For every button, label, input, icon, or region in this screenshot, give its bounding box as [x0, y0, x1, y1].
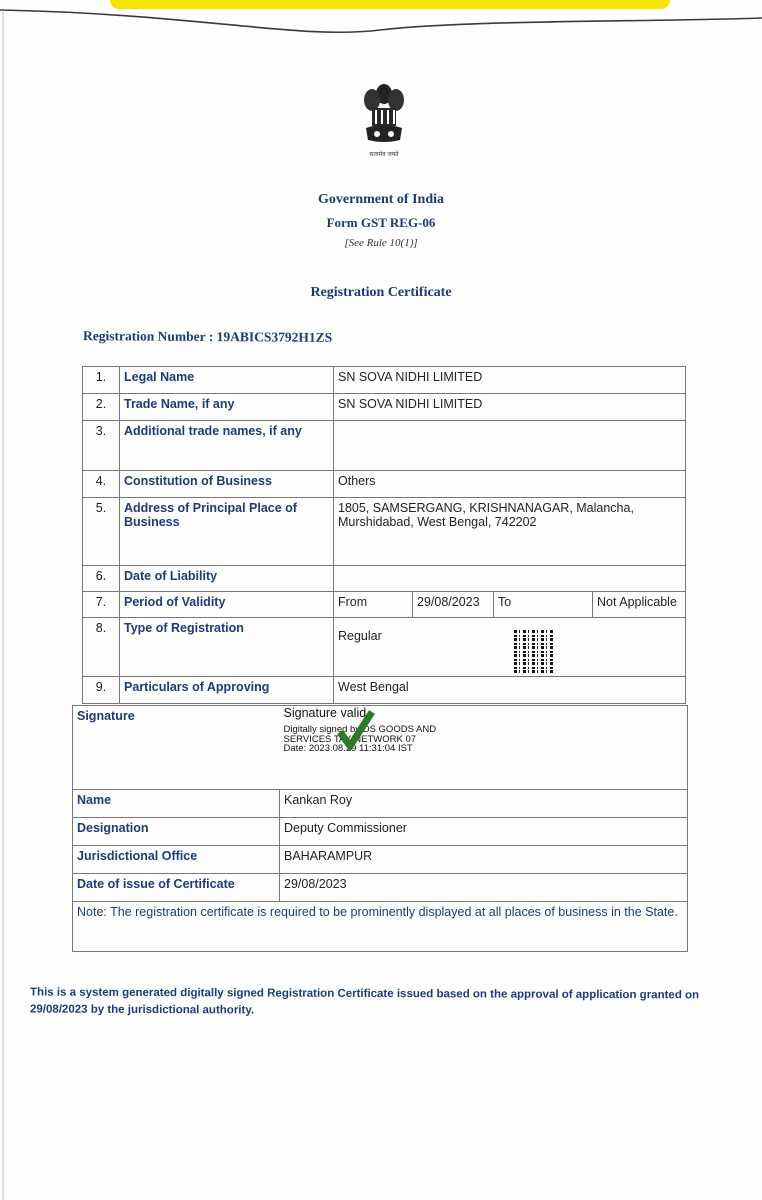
table-row: 3. Additional trade names, if any	[83, 421, 686, 471]
table-row: Name Kankan Roy	[73, 790, 688, 818]
validity-to-label: To	[494, 592, 593, 618]
table-row: 9. Particulars of Approving West Bengal	[83, 677, 686, 704]
qr-code-icon	[514, 629, 554, 673]
officer-name-label: Name	[73, 790, 280, 818]
constitution-value: Others	[334, 471, 686, 498]
table-row: Date of issue of Certificate 29/08/2023	[73, 874, 688, 902]
table-row: 8. Type of Registration Regular	[83, 618, 686, 677]
table-row: Jurisdictional Office BAHARAMPUR	[73, 846, 688, 874]
table-row: 4. Constitution of Business Others	[83, 471, 686, 498]
date-of-issue-label: Date of issue of Certificate	[73, 874, 280, 902]
certificate-title: Registration Certificate	[0, 285, 762, 301]
address-value: 1805, SAMSERGANG, KRISHNANAGAR, Malancha…	[334, 498, 686, 566]
particulars-of-approving-label: Particulars of Approving	[120, 677, 334, 704]
date-of-liability-value	[334, 566, 686, 592]
row-number: 7.	[83, 592, 120, 618]
table-row: 2. Trade Name, if any SN SOVA NIDHI LIMI…	[83, 394, 686, 421]
validity-from-label: From	[334, 592, 413, 618]
legal-name-label: Legal Name	[120, 367, 334, 394]
signature-label: Signature	[73, 706, 280, 790]
jurisdictional-office-label: Jurisdictional Office	[73, 846, 280, 874]
note-row: Note: The registration certificate is re…	[73, 902, 688, 952]
signature-officer-table: Signature Signature valid Digitally sign…	[72, 705, 688, 952]
trade-name-label: Trade Name, if any	[120, 394, 334, 421]
particulars-of-approving-value: West Bengal	[334, 677, 686, 704]
row-number: 4.	[83, 471, 120, 498]
designation-value: Deputy Commissioner	[280, 818, 688, 846]
row-number: 3.	[83, 421, 120, 471]
row-number: 1.	[83, 367, 120, 394]
system-generated-footer: This is a system generated digitally sig…	[30, 984, 720, 1021]
rule-reference: [See Rule 10(1)]	[0, 237, 762, 249]
table-row: 5. Address of Principal Place of Busines…	[83, 498, 686, 566]
registration-details-table: 1. Legal Name SN SOVA NIDHI LIMITED 2. T…	[82, 366, 686, 704]
national-emblem-icon: सत्यमेव जयते	[358, 80, 410, 160]
additional-trade-names-value	[334, 421, 686, 471]
display-note: Note: The registration certificate is re…	[73, 902, 688, 952]
row-number: 8.	[83, 618, 120, 677]
table-row: 6. Date of Liability	[83, 566, 686, 592]
table-row: Designation Deputy Commissioner	[73, 818, 688, 846]
validity-from-date: 29/08/2023	[413, 592, 494, 618]
row-number: 9.	[83, 677, 120, 704]
type-of-registration-value: Regular	[338, 629, 681, 643]
designation-label: Designation	[73, 818, 280, 846]
jurisdictional-office-value: BAHARAMPUR	[280, 846, 688, 874]
trade-name-value: SN SOVA NIDHI LIMITED	[334, 394, 686, 421]
form-heading: Form GST REG-06	[0, 215, 762, 231]
green-check-icon	[336, 708, 376, 750]
type-of-registration-label: Type of Registration	[120, 618, 334, 677]
registration-number-value: 19ABICS3792H1ZS	[217, 329, 333, 345]
registration-number: Registration Number : 19ABICS3792H1ZS	[83, 328, 332, 346]
type-of-registration-cell: Regular	[334, 618, 686, 677]
table-row: 1. Legal Name SN SOVA NIDHI LIMITED	[83, 367, 686, 394]
row-number: 5.	[83, 498, 120, 566]
svg-text:सत्यमेव जयते: सत्यमेव जयते	[369, 150, 399, 158]
legal-name-value: SN SOVA NIDHI LIMITED	[334, 367, 686, 394]
row-number: 6.	[83, 566, 120, 592]
government-heading: Government of India	[0, 192, 762, 208]
additional-trade-names-label: Additional trade names, if any	[120, 421, 334, 471]
constitution-label: Constitution of Business	[120, 471, 334, 498]
signature-row: Signature Signature valid Digitally sign…	[73, 706, 688, 790]
date-of-issue-value: 29/08/2023	[280, 874, 688, 902]
validity-to-date: Not Applicable	[593, 592, 686, 618]
officer-name-value: Kankan Roy	[280, 790, 688, 818]
date-of-liability-label: Date of Liability	[120, 566, 334, 592]
address-label: Address of Principal Place of Business	[120, 498, 334, 566]
row-number: 2.	[83, 394, 120, 421]
registration-number-label: Registration Number :	[83, 328, 213, 344]
period-of-validity-label: Period of Validity	[120, 592, 334, 618]
signature-block: Signature valid Digitally signed by DS G…	[280, 706, 688, 790]
table-row: 7. Period of Validity From 29/08/2023 To…	[83, 592, 686, 618]
